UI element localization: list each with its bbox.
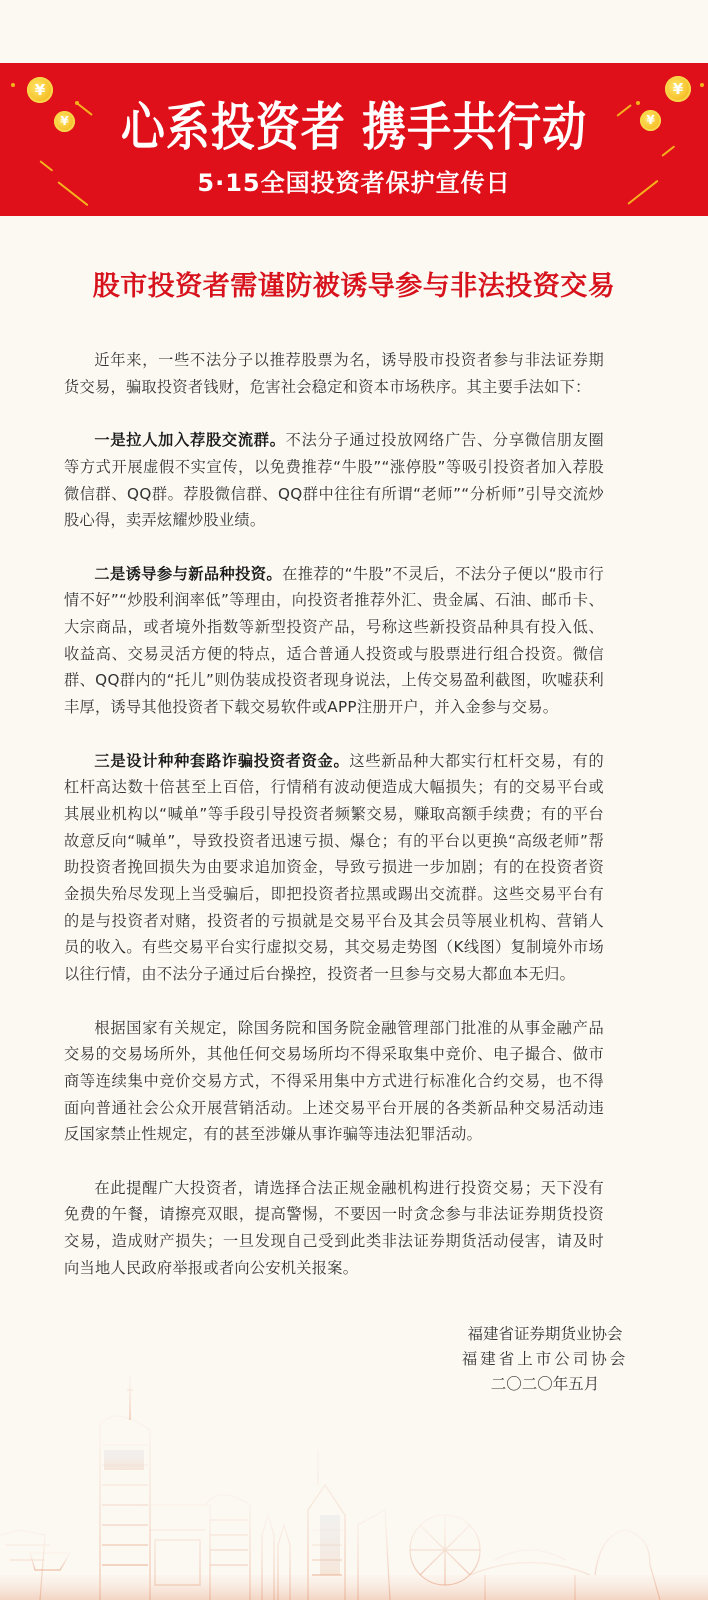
paragraph-method-1: 一是拉人加入荐股交流群。不法分子通过投放网络广告、分享微信朋友圈等方式开展虚假不… xyxy=(64,427,604,534)
paragraph-intro: 近年来，一些不法分子以推荐股票为名，诱导股市投资者参与非法证券期货交易，骗取投资… xyxy=(64,347,604,400)
paragraph-lead: 二是诱导参与新品种投资。 xyxy=(94,565,282,583)
poster: ¥ ¥ ¥ ¥ 心系投资者 携手共行动 5·15全国投资者保护宣传日 股市投资者… xyxy=(0,0,708,1600)
article-body: 近年来，一些不法分子以推荐股票为名，诱导股市投资者参与非法证券期货交易，骗取投资… xyxy=(64,347,604,1308)
paragraph-reminder: 在此提醒广大投资者，请选择合法正规金融机构进行投资交易；天下没有免费的午餐，请擦… xyxy=(64,1175,604,1282)
banner: ¥ ¥ ¥ ¥ 心系投资者 携手共行动 5·15全国投资者保护宣传日 xyxy=(0,63,708,216)
page-title: 股市投资者需谨防被诱导参与非法投资交易 xyxy=(0,264,708,303)
paragraph-text: 这些新品种大都实行杠杆交易，有的杠杆高达数十倍甚至上百倍，行情稍有波动便造成大幅… xyxy=(64,752,604,984)
paragraph-text: 根据国家有关规定，除国务院和国务院金融管理部门批准的从事金融产品交易的交易场所外… xyxy=(64,1019,604,1144)
city-skyline-illustration xyxy=(0,1335,708,1600)
paragraph-regulation: 根据国家有关规定，除国务院和国务院金融管理部门批准的从事金融产品交易的交易场所外… xyxy=(64,1015,604,1149)
banner-title: 心系投资者 携手共行动 xyxy=(0,85,708,161)
paragraph-text: 在推荐的“牛股”不灵后，不法分子便以“股市行情不好”“炒股利润率低”等理由，向投… xyxy=(64,565,604,717)
paragraph-text: 近年来，一些不法分子以推荐股票为名，诱导股市投资者参与非法证券期货交易，骗取投资… xyxy=(64,351,604,396)
paragraph-lead: 一是拉人加入荐股交流群。 xyxy=(94,431,285,449)
paragraph-lead: 三是设计种种套路诈骗投资者资金。 xyxy=(94,752,349,770)
banner-subtitle: 5·15全国投资者保护宣传日 xyxy=(0,163,708,198)
paragraph-text: 在此提醒广大投资者，请选择合法正规金融机构进行投资交易；天下没有免费的午餐，请擦… xyxy=(64,1179,604,1277)
paragraph-method-3: 三是设计种种套路诈骗投资者资金。这些新品种大都实行杠杆交易，有的杠杆高达数十倍甚… xyxy=(64,748,604,988)
paragraph-method-2: 二是诱导参与新品种投资。在推荐的“牛股”不灵后，不法分子便以“股市行情不好”“炒… xyxy=(64,561,604,721)
